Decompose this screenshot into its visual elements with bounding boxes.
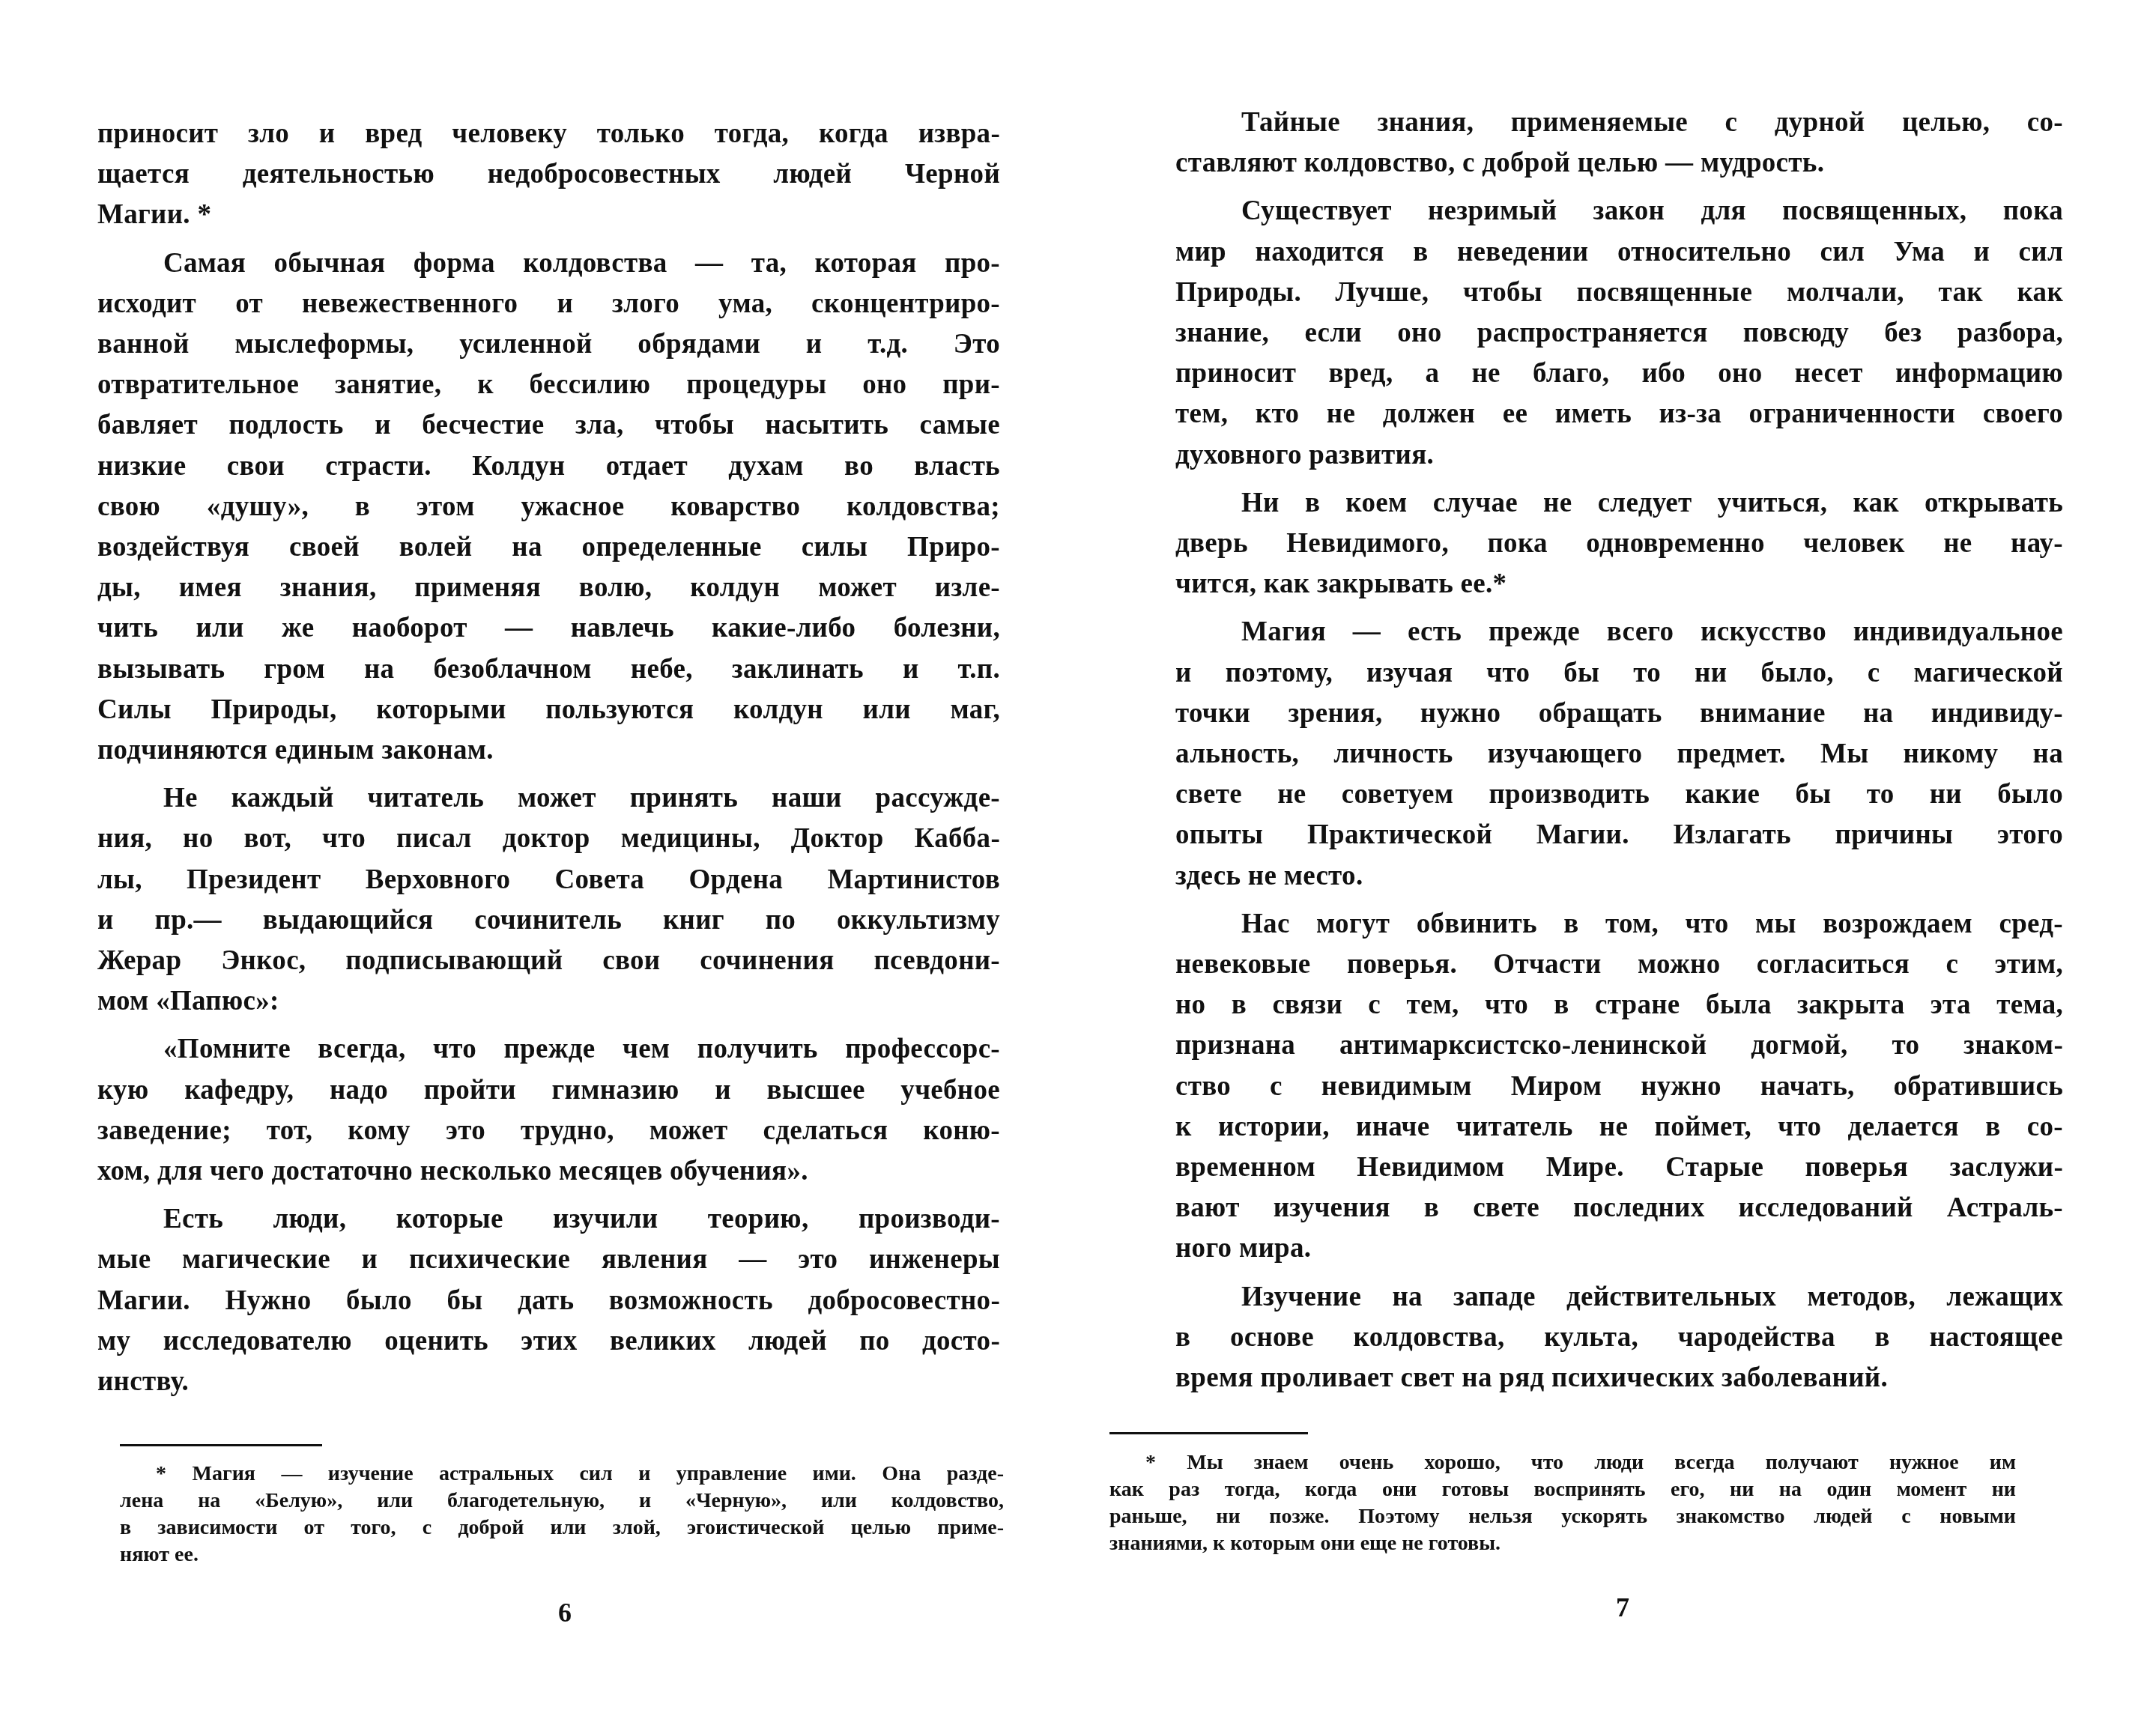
text-line: кую кафедру, надо пройти гимназию и высш… <box>97 1070 1000 1111</box>
text-line: тем, кто не должен ее иметь из-за ограни… <box>1175 394 2063 434</box>
right-page-body: Тайные знания, применяемые с дурной цель… <box>1175 103 2063 1406</box>
footnote-line: в зависимости от того, с доброй или злой… <box>120 1515 1004 1541</box>
paragraph: Существует незримый закон для посвященны… <box>1175 191 2063 475</box>
text-line: ды, имея знания, применяя волю, колдун м… <box>97 568 1000 608</box>
text-line: к истории, иначе читатель не поймет, что… <box>1175 1107 2063 1147</box>
footnote-line: * Магия — изучение астральных сил и упра… <box>120 1461 1004 1488</box>
text-line: свете не советуем производить какие бы т… <box>1175 774 2063 815</box>
text-line: бавляет подлость и бесчестие зла, чтобы … <box>97 405 1000 446</box>
text-line: опыты Практической Магии. Излагать причи… <box>1175 815 2063 855</box>
right-page-footnote: * Мы знаем очень хорошо, что люди всегда… <box>1109 1449 2016 1557</box>
footnote-line: раньше, ни позже. Поэтому нельзя ускорят… <box>1109 1503 2016 1530</box>
text-line: ство с невидимым Миром нужно начать, обр… <box>1175 1067 2063 1107</box>
paragraph: Не каждый читатель может принять наши ра… <box>97 778 1000 1022</box>
text-line: Есть люди, которые изучили теорию, произ… <box>97 1199 1000 1240</box>
right-page: Тайные знания, применяемые с дурной цель… <box>1078 0 2156 1716</box>
text-line: Ни в коем случае не следует учиться, как… <box>1175 483 2063 524</box>
text-line: Силы Природы, которыми пользуются колдун… <box>97 690 1000 730</box>
text-line: ного мира. <box>1175 1228 2063 1269</box>
text-line: хом, для чего достаточно несколько месяц… <box>97 1151 1000 1192</box>
text-line: вают изучения в свете последних исследов… <box>1175 1188 2063 1228</box>
text-line: воздействуя своей волей на определенные … <box>97 527 1000 568</box>
text-line: мые магические и психические явления — э… <box>97 1240 1000 1280</box>
text-line: Магии. * <box>97 195 1000 235</box>
text-line: ния, но вот, что писал доктор медицины, … <box>97 819 1000 859</box>
text-line: альность, личность изучающего предмет. М… <box>1175 734 2063 774</box>
text-line: невековые поверья. Отчасти можно согласи… <box>1175 945 2063 985</box>
text-line: лы, Президент Верховного Совета Ордена М… <box>97 860 1000 900</box>
text-line: время проливает свет на ряд психических … <box>1175 1358 2063 1398</box>
paragraph: Магия — есть прежде всего искусство инди… <box>1175 612 2063 896</box>
left-page-footnote: * Магия — изучение астральных сил и упра… <box>120 1461 1004 1568</box>
text-line: вызывать гром на безоблачном небе, закли… <box>97 649 1000 690</box>
page-number: 6 <box>558 1597 572 1628</box>
paragraph: Есть люди, которые изучили теорию, произ… <box>97 1199 1000 1402</box>
paragraph: Нас могут обвинить в том, что мы возрожд… <box>1175 904 2063 1270</box>
page-number: 7 <box>1616 1592 1629 1623</box>
paragraph: «Помните всегда, что прежде чем получить… <box>97 1029 1000 1192</box>
text-line: приносит зло и вред человеку только тогд… <box>97 114 1000 154</box>
text-line: Природы. Лучше, чтобы посвященные молчал… <box>1175 273 2063 313</box>
text-line: Магия — есть прежде всего искусство инди… <box>1175 612 2063 652</box>
text-line: свою «душу», в этом ужасное коварство ко… <box>97 487 1000 527</box>
text-line: и поэтому, изучая что бы то ни было, с м… <box>1175 653 2063 694</box>
footnote-divider <box>1109 1432 1308 1434</box>
text-line: мир находится в неведении относительно с… <box>1175 232 2063 273</box>
text-line: ванной мыслеформы, усиленной обрядами и … <box>97 324 1000 365</box>
text-line: временном Невидимом Мире. Старые поверья… <box>1175 1147 2063 1188</box>
text-line: приносит вред, а не благо, ибо оно несет… <box>1175 354 2063 394</box>
text-line: подчиняются единым законам. <box>97 730 1000 771</box>
text-line: исходит от невежественного и злого ума, … <box>97 284 1000 324</box>
paragraph: Тайные знания, применяемые с дурной цель… <box>1175 103 2063 184</box>
text-line: мом «Папюс»: <box>97 981 1000 1022</box>
text-line: Магии. Нужно было бы дать возможность до… <box>97 1281 1000 1321</box>
footnote-divider <box>120 1444 322 1446</box>
text-line: ставляют колдовство, с доброй целью — му… <box>1175 143 2063 184</box>
paragraph: Ни в коем случае не следует учиться, как… <box>1175 483 2063 605</box>
text-line: заведение; тот, кому это трудно, может с… <box>97 1111 1000 1151</box>
paragraph: Изучение на западе действительных методо… <box>1175 1277 2063 1399</box>
footnote-line: как раз тогда, когда они готовы восприня… <box>1109 1476 2016 1503</box>
footnote-line: * Мы знаем очень хорошо, что люди всегда… <box>1109 1449 2016 1476</box>
text-line: Изучение на западе действительных методо… <box>1175 1277 2063 1318</box>
text-line: в основе колдовства, культа, чародейства… <box>1175 1318 2063 1358</box>
paragraph: Самая обычная форма колдовства — та, кот… <box>97 243 1000 771</box>
text-line: Тайные знания, применяемые с дурной цель… <box>1175 103 2063 143</box>
text-line: здесь не место. <box>1175 856 2063 897</box>
text-line: и пр.— выдающийся сочинитель книг по окк… <box>97 900 1000 941</box>
text-line: щается деятельностью недобросовестных лю… <box>97 154 1000 195</box>
text-line: знание, если оно распространяется повсюд… <box>1175 313 2063 354</box>
text-line: Нас могут обвинить в том, что мы возрожд… <box>1175 904 2063 945</box>
text-line: инству. <box>97 1362 1000 1402</box>
text-line: низкие свои страсти. Колдун отдает духам… <box>97 446 1000 487</box>
text-line: Самая обычная форма колдовства — та, кот… <box>97 243 1000 284</box>
text-line: духовного развития. <box>1175 435 2063 476</box>
text-line: чить или же наоборот — навлечь какие-либ… <box>97 608 1000 649</box>
text-line: Жерар Энкос, подписывающий свои сочинени… <box>97 941 1000 981</box>
left-page-body: приносит зло и вред человеку только тогд… <box>97 114 1000 1410</box>
text-line: «Помните всегда, что прежде чем получить… <box>97 1029 1000 1070</box>
paragraph: приносит зло и вред человеку только тогд… <box>97 114 1000 236</box>
text-line: Не каждый читатель может принять наши ра… <box>97 778 1000 819</box>
text-line: Существует незримый закон для посвященны… <box>1175 191 2063 231</box>
footnote-line: знаниями, к которым они еще не готовы. <box>1109 1530 2016 1557</box>
left-page: приносит зло и вред человеку только тогд… <box>0 0 1078 1716</box>
text-line: дверь Невидимого, пока одновременно чело… <box>1175 524 2063 564</box>
footnote-line: няют ее. <box>120 1541 1004 1568</box>
text-line: но в связи с тем, что в стране была закр… <box>1175 985 2063 1025</box>
footnote-line: лена на «Белую», или благодетельную, и «… <box>120 1488 1004 1515</box>
text-line: признана антимарксистско-ленинской догмо… <box>1175 1025 2063 1066</box>
text-line: му исследователю оценить этих великих лю… <box>97 1321 1000 1362</box>
text-line: отвратительное занятие, к бессилию проце… <box>97 365 1000 405</box>
text-line: точки зрения, нужно обращать внимание на… <box>1175 694 2063 734</box>
text-line: чится, как закрывать ее.* <box>1175 564 2063 604</box>
